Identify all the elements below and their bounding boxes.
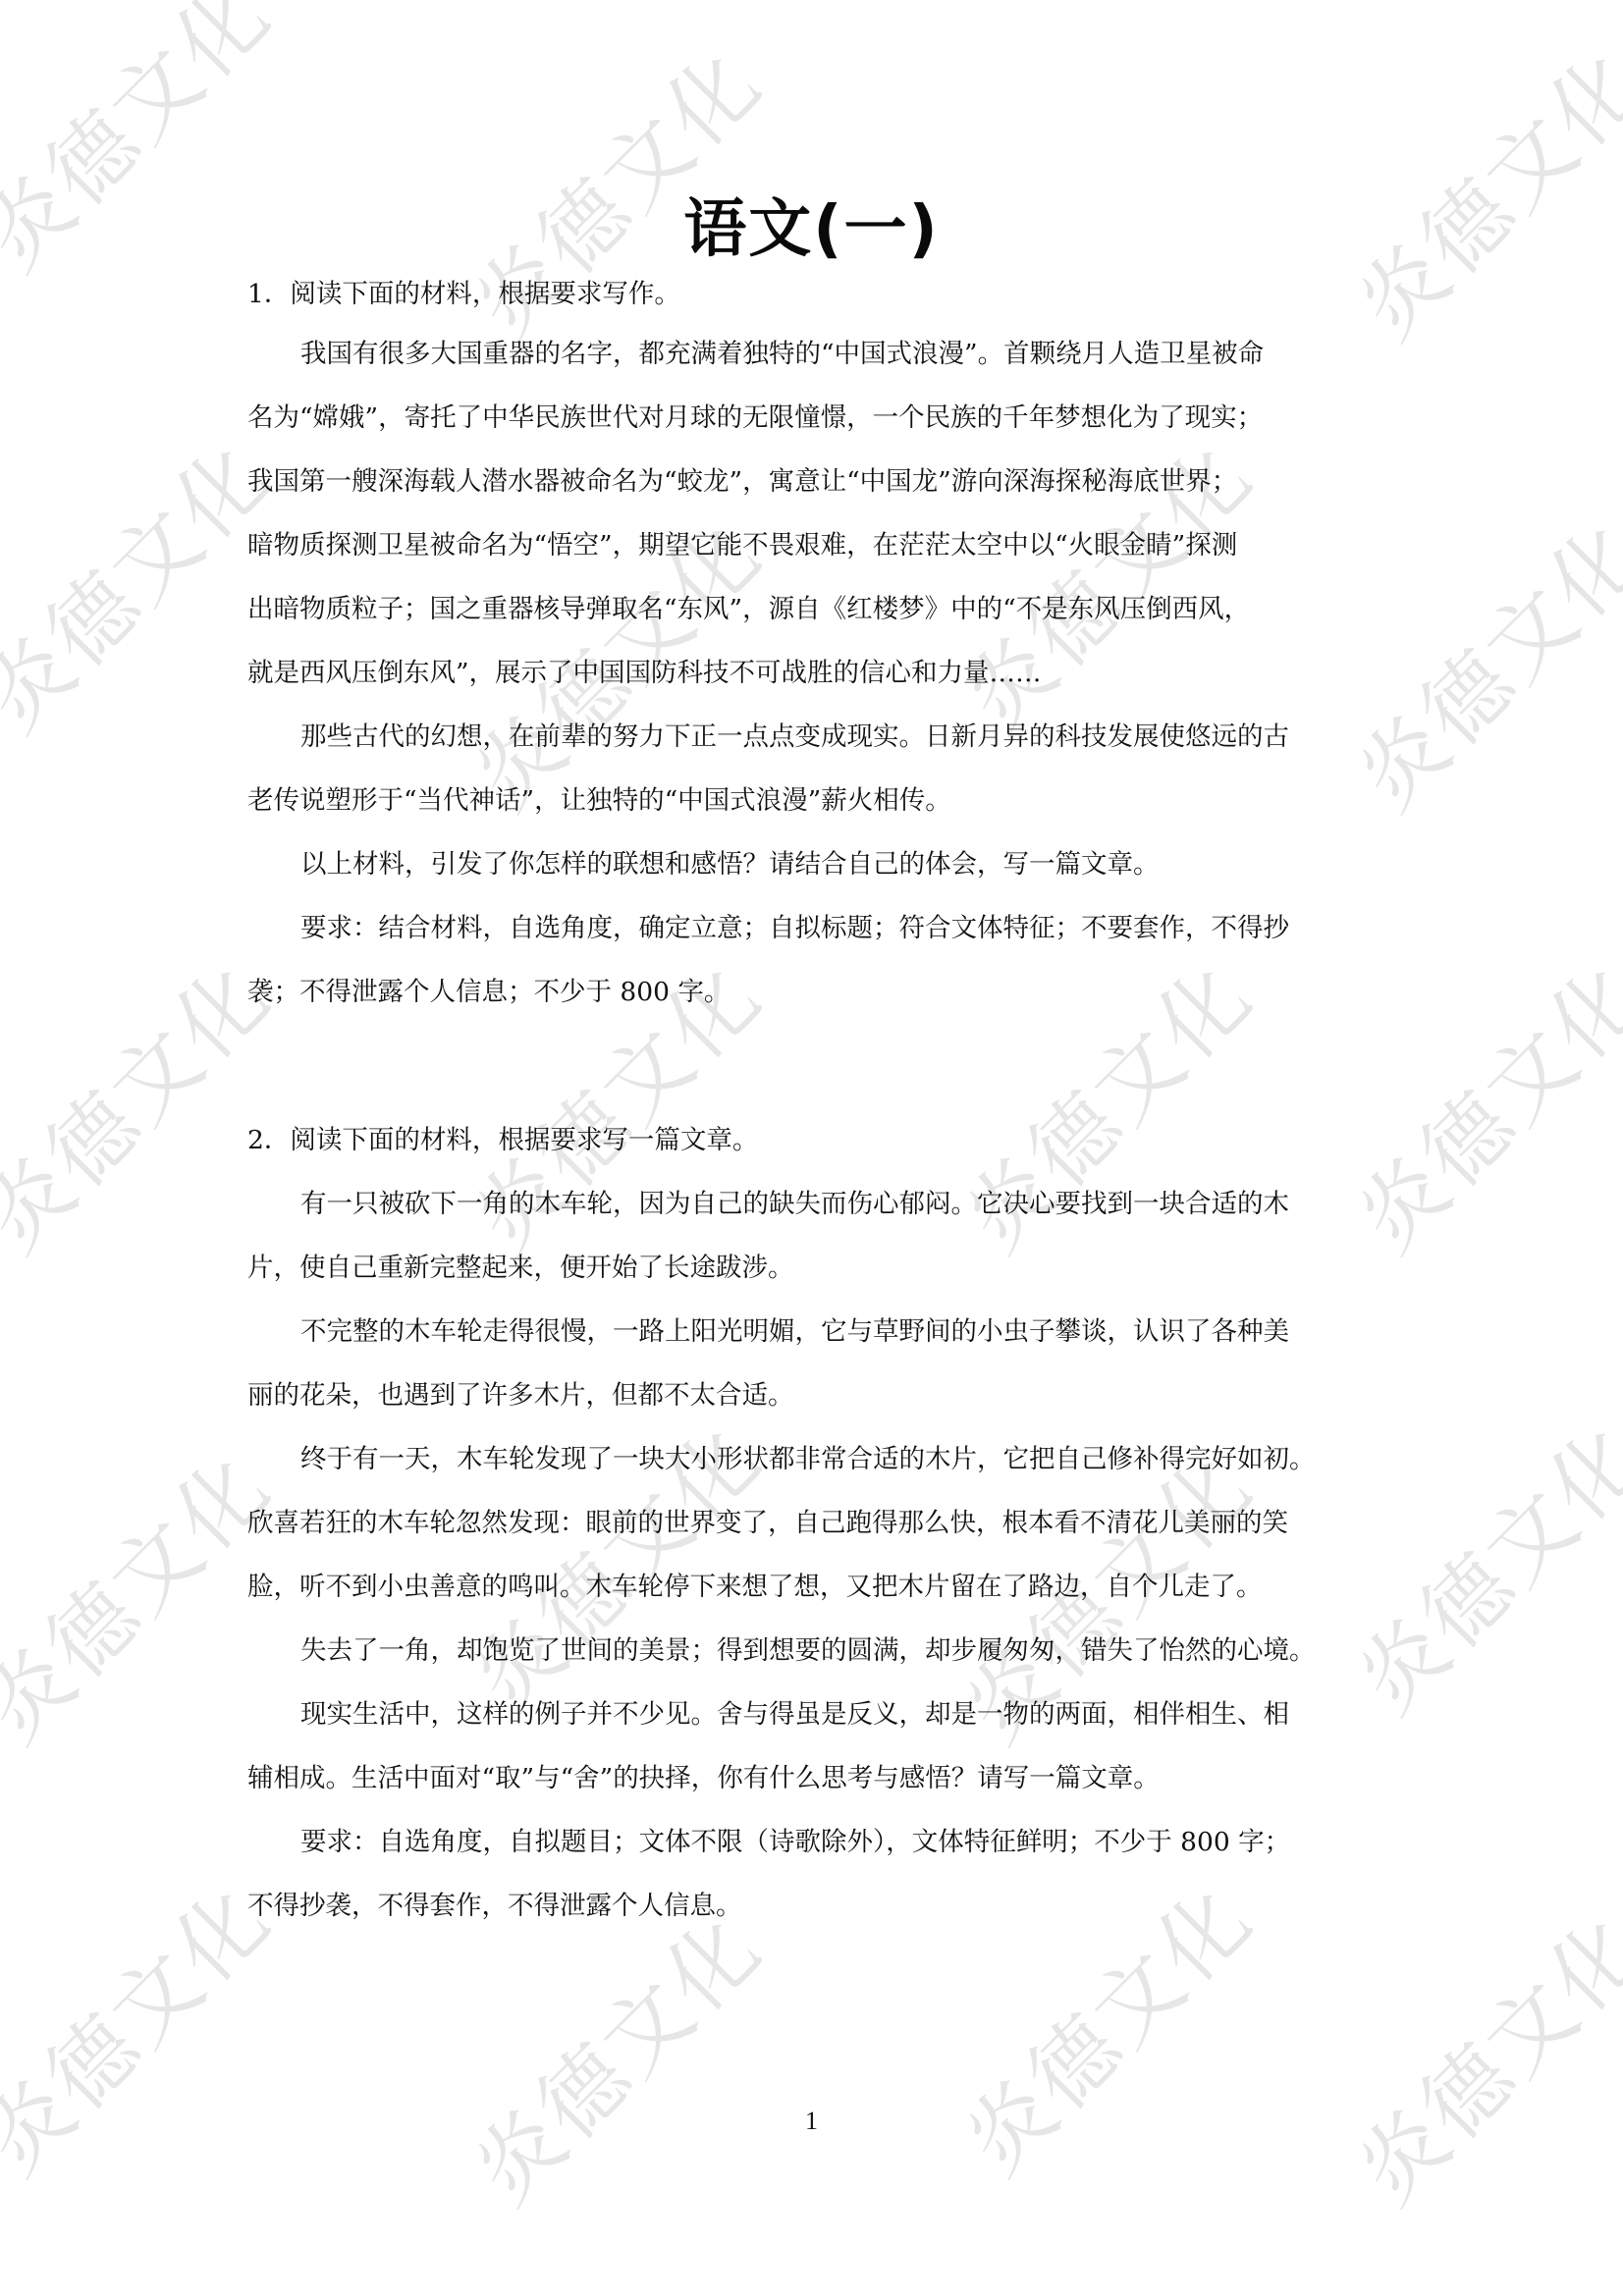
paragraph-line: 不完整的木车轮走得很慢，一路上阳光明媚，它与草野间的小虫子攀谈，认识了各种美 — [300, 1315, 1289, 1349]
requirements-line: 不得抄袭，不得套作，不得泄露个人信息。 — [247, 1890, 742, 1923]
requirements-line: 要求：结合材料，自选角度，确定立意；自拟标题；符合文体特征；不要套作，不得抄 — [300, 912, 1289, 945]
paragraph-line: 片，使自己重新完整起来，便开始了长途跋涉。 — [247, 1252, 794, 1285]
paragraph-line: 有一只被砍下一角的木车轮，因为自己的缺失而伤心郁闷。它决心要找到一块合适的木 — [300, 1188, 1289, 1221]
watermark: 炎德文化 — [1325, 931, 1623, 1273]
requirements-line: 袭；不得泄露个人信息；不少于 800 字。 — [247, 976, 730, 1009]
paragraph-line: 脸，听不到小虫善意的鸣叫。木车轮停下来想了想，又把木片留在了路边，自个儿走了。 — [247, 1571, 1263, 1604]
question-heading: 2．阅读下面的材料，根据要求写一篇文章。 — [247, 1124, 758, 1157]
paragraph-line: 终于有一天，木车轮发现了一块大小形状都非常合适的木片，它把自己修补得完好如初。 — [300, 1443, 1316, 1476]
page-number: 1 — [0, 2107, 1623, 2136]
paragraph-line: 丽的花朵，也遇到了许多木片，但都不太合适。 — [247, 1379, 794, 1413]
watermark: 炎德文化 — [1325, 1392, 1623, 1735]
question-heading: 1．阅读下面的材料，根据要求写作。 — [247, 278, 680, 311]
watermark: 炎德文化 — [1325, 489, 1623, 831]
paragraph-line: 我国有很多大国重器的名字，都充满着独特的“中国式浪漫”。首颗绕月人造卫星被命 — [300, 338, 1264, 371]
watermark: 炎德文化 — [932, 410, 1274, 753]
paragraph-line: 失去了一角，却饱览了世间的美景；得到想要的圆满，却步履匆匆，错失了怡然的心境。 — [300, 1634, 1316, 1668]
paragraph-line: 出暗物质粒子；国之重器核导弹取名“东风”，源自《红楼梦》中的“不是东风压倒西风， — [247, 593, 1250, 626]
watermark: 炎德文化 — [932, 1853, 1274, 2196]
paragraph-line: 辅相成。生活中面对“取”与“舍”的抉择，你有什么思考与感悟？请写一篇文章。 — [247, 1762, 1160, 1795]
paragraph-line: 欣喜若狂的木车轮忽然发现：眼前的世界变了，自己跑得那么快，根本看不清花儿美丽的笑 — [247, 1507, 1288, 1540]
paragraph-line: 名为“嫦娥”，寄托了中华民族世代对月球的无限憧憬，一个民族的千年梦想化为了现实； — [247, 401, 1263, 435]
paragraph-line: 老传说塑形于“当代神话”，让独特的“中国式浪漫”薪火相传。 — [247, 784, 951, 818]
paragraph-line: 以上材料，引发了你怎样的联想和感悟？请结合自己的体会，写一篇文章。 — [300, 848, 1160, 881]
page-title: 语文(一) — [0, 179, 1623, 269]
watermark: 炎德文化 — [441, 1883, 784, 2225]
watermark: 炎德文化 — [1325, 1883, 1623, 2225]
paragraph-line: 就是西风压倒东风”，展示了中国国防科技不可战胜的信心和力量…… — [247, 657, 1042, 690]
paragraph-line: 我国第一艘深海载人潜水器被命名为“蛟龙”，寓意让“中国龙”游向深海探秘海底世界； — [247, 465, 1237, 499]
document-page: 炎德文化 炎德文化 炎德文化 炎德文化 炎德文化 炎德文化 炎德文化 炎德文化 … — [0, 0, 1623, 2296]
paragraph-line: 暗物质探测卫星被命名为“悟空”，期望它能不畏艰难，在茫茫太空中以“火眼金睛”探测 — [247, 529, 1237, 562]
paragraph-line: 现实生活中，这样的例子并不少见。舍与得虽是反义，却是一物的两面，相伴相生、相 — [300, 1698, 1289, 1732]
requirements-line: 要求：自选角度，自拟题目；文体不限（诗歌除外），文体特征鲜明；不少于 800 字… — [300, 1826, 1290, 1859]
paragraph-line: 那些古代的幻想，在前辈的努力下正一点点变成现实。日新月异的科技发展使悠远的古 — [300, 721, 1289, 754]
watermark: 炎德文化 — [932, 931, 1274, 1273]
watermark: 炎德文化 — [0, 410, 294, 753]
